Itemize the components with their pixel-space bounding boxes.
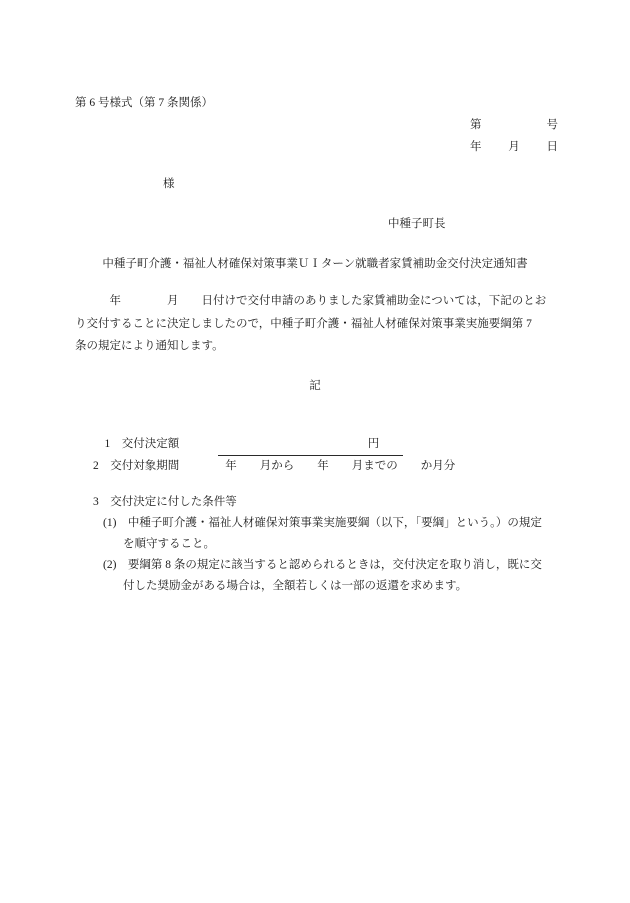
- grant-amount-label: 1 交付決定額: [105, 438, 180, 450]
- addressee-honorific: 様: [163, 177, 175, 191]
- conditions-item: 3 交付決定に付した条件等 (1) 中種子町介護・福祉人材確保対策事業実施要綱（…: [93, 492, 542, 597]
- issuer-name: 中種子町長: [388, 217, 446, 231]
- issue-header-block: 第 号 年 月 日: [470, 118, 558, 154]
- page: 第 6 号様式（第 7 条関係） 第 号 年 月 日 様 中種子町長 中種子町介…: [0, 0, 630, 903]
- condition-1-line-1: (1) 中種子町介護・福祉人材確保対策事業実施要綱（以下，「要綱」という。）の規…: [103, 513, 542, 534]
- issue-date-day: 日: [547, 140, 559, 154]
- issue-date-month: 月: [508, 140, 520, 154]
- issue-date-line: 年 月 日: [470, 140, 558, 154]
- body-paragraph: 年 月 日付けで交付申請のありました家賃補助金については，下記のとお り交付する…: [75, 290, 585, 358]
- condition-2-line-2: 付した奨励金がある場合は，全額若しくは一部の返還を求めます。: [123, 576, 542, 597]
- issue-number-suffix: 号: [547, 118, 559, 132]
- condition-2-line-1: (2) 要綱第 8 条の規定に該当すると認められるときは，交付決定を取り消し，既…: [103, 555, 542, 576]
- body-line: り交付することに決定しましたので，中種子町介護・福祉人材確保対策事業実施要綱第 …: [75, 313, 585, 336]
- conditions-header: 3 交付決定に付した条件等: [93, 492, 542, 513]
- body-line: 年 月 日付けで交付申請のありました家賃補助金については，下記のとお: [75, 290, 585, 313]
- grant-period-item: 2 交付対象期間 年 月から 年 月までの か月分: [93, 459, 455, 473]
- grant-amount-blank-underline: 円: [218, 434, 403, 456]
- issue-date-year: 年: [470, 140, 482, 154]
- issue-number-prefix: 第: [470, 118, 482, 132]
- form-number: 第 6 号様式（第 7 条関係）: [75, 96, 213, 110]
- section-marker: 記: [0, 379, 630, 393]
- body-line: 条の規定により通知します。: [75, 335, 585, 358]
- yen-unit-label: 円: [368, 438, 380, 450]
- condition-1-line-2: を順守すること。: [123, 534, 542, 555]
- issue-number-line: 第 号: [470, 118, 558, 132]
- document-title: 中種子町介護・福祉人材確保対策事業ＵＩターン就職者家賃補助金交付決定通知書: [0, 257, 630, 271]
